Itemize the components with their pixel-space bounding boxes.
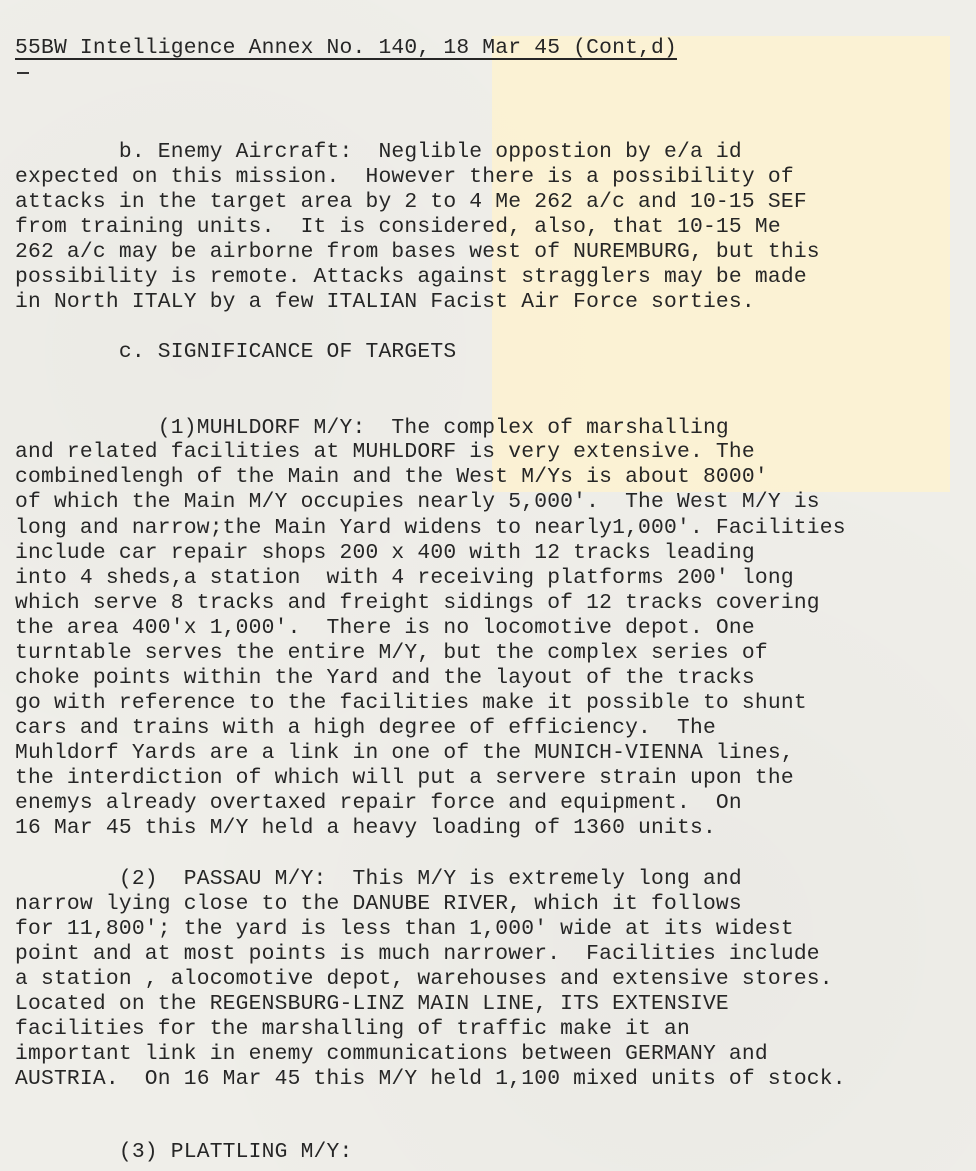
target-1-line: the area 400'x 1,000'. There is no locom…: [15, 616, 755, 640]
target-3-plattling-heading: (3) PLATTLING M/Y:: [15, 1140, 353, 1164]
target-1-line: the interdiction of which will put a ser…: [15, 766, 794, 790]
target-1-line: 16 Mar 45 this M/Y held a heavy loading …: [15, 816, 716, 840]
target-2-line: for 11,800'; the yard is less than 1,000…: [15, 917, 794, 941]
target-1-line: include car repair shops 200 x 400 with …: [15, 541, 755, 565]
target-1-line: which serve 8 tracks and freight sidings…: [15, 591, 820, 615]
section-b-line: possibility is remote. Attacks against s…: [15, 265, 807, 289]
target-2-line: important link in enemy communications b…: [15, 1042, 768, 1066]
section-b-line: 262 a/c may be airborne from bases west …: [15, 240, 820, 264]
target-1-line: into 4 sheds,a station with 4 receiving …: [15, 566, 794, 590]
section-b-line: from training units. It is considered, a…: [15, 215, 781, 239]
target-1-line: go with reference to the facilities make…: [15, 691, 807, 715]
target-1-line: turntable serves the entire M/Y, but the…: [15, 641, 768, 665]
section-b-line: b. Enemy Aircraft: Neglible oppostion by…: [15, 140, 742, 164]
target-1-line: long and narrow;the Main Yard widens to …: [15, 516, 846, 540]
target-1-line: cars and trains with a high degree of ef…: [15, 716, 716, 740]
section-b-line: in North ITALY by a few ITALIAN Facist A…: [15, 290, 755, 314]
target-2-line: facilities for the marshalling of traffi…: [15, 1017, 690, 1041]
target-1-line: enemys already overtaxed repair force an…: [15, 791, 742, 815]
target-2-line: narrow lying close to the DANUBE RIVER, …: [15, 892, 742, 916]
target-2-line: AUSTRIA. On 16 Mar 45 this M/Y held 1,10…: [15, 1067, 846, 1091]
header-dash-mark: [17, 72, 29, 74]
target-1-line: Muhldorf Yards are a link in one of the …: [15, 741, 794, 765]
target-1-line: combinedlengh of the Main and the West M…: [15, 465, 768, 489]
section-c-heading: c. SIGNIFICANCE OF TARGETS: [15, 340, 456, 364]
target-1-line: choke points within the Yard and the lay…: [15, 666, 755, 690]
target-2-line: Located on the REGENSBURG-LINZ MAIN LINE…: [15, 992, 729, 1016]
section-b-line: attacks in the target area by 2 to 4 Me …: [15, 190, 807, 214]
target-1-line: and related facilities at MUHLDORF is ve…: [15, 440, 755, 464]
target-2-line: point and at most points is much narrowe…: [15, 942, 820, 966]
section-b-line: expected on this mission. However there …: [15, 165, 794, 189]
target-1-line: (1)MUHLDORF M/Y: The complex of marshall…: [15, 416, 729, 440]
target-2-line: (2) PASSAU M/Y: This M/Y is extremely lo…: [15, 867, 742, 891]
target-2-line: a station , alocomotive depot, warehouse…: [15, 967, 833, 991]
target-1-line: of which the Main M/Y occupies nearly 5,…: [15, 490, 820, 514]
document-header: 55BW Intelligence Annex No. 140, 18 Mar …: [15, 36, 677, 60]
